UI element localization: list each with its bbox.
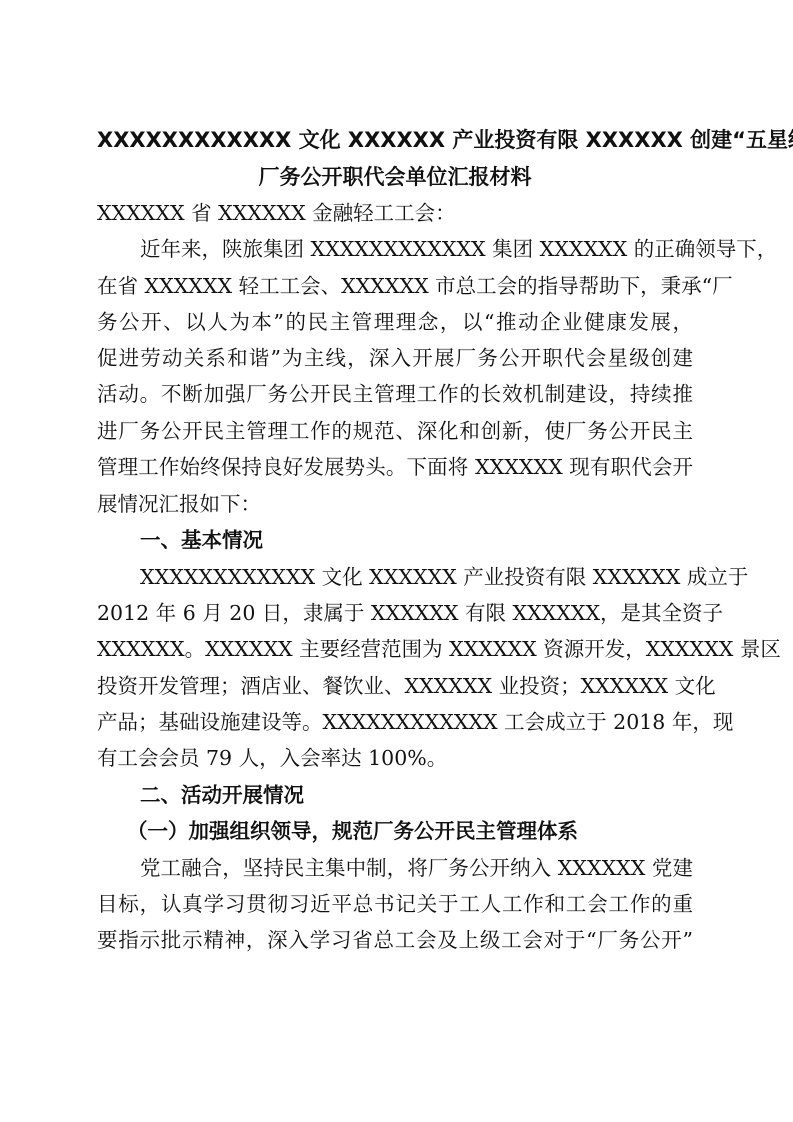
intro-line: 管理工作始终保持良好发展势头。下面将 XXXXXX 现有职代会开 [97, 449, 693, 485]
section-1-line: XXXXXX。XXXXXX 主要经营范围为 XXXXXX 资源开发，XXXXXX… [97, 631, 693, 667]
section-2-subheading-1: （一）加强组织领导，规范厂务公开民主管理体系 [127, 813, 693, 849]
section-1-heading: 一、基本情况 [140, 522, 693, 558]
section-1-line: 投资开发管理；酒店业、餐饮业、XXXXXX 业投资；XXXXXX 文化 [97, 668, 693, 704]
salutation: XXXXXX 省 XXXXXX 金融轻工工会： [97, 195, 693, 231]
section-2-sub1-line: 目标，认真学习贯彻习近平总书记关于工人工作和工会工作的重 [97, 886, 693, 922]
section-2-heading: 二、活动开展情况 [140, 777, 693, 813]
section-1-line: 产品；基础设施建设等。XXXXXXXXXXXX 工会成立于 2018 年，现 [97, 704, 693, 740]
intro-line: 务公开、以人为本”的民主管理理念，以“推动企业健康发展， [97, 304, 693, 340]
section-1-line: 有工会会员 79 人，入会率达 100%。 [97, 740, 693, 776]
document-page: XXXXXXXXXXXX 文化 XXXXXX 产业投资有限 XXXXXX 创建“… [0, 0, 793, 1122]
section-2-sub1-line: 党工融合，坚持民主集中制，将厂务公开纳入 XXXXXX 党建 [140, 850, 693, 886]
intro-line: 展情况汇报如下： [97, 486, 693, 522]
intro-line: 近年来，陕旅集团 XXXXXXXXXXXX 集团 XXXXXX 的正确领导下， [140, 231, 693, 267]
document-title-line-1: XXXXXXXXXXXX 文化 XXXXXX 产业投资有限 XXXXXX 创建“… [97, 122, 693, 158]
section-1-line: XXXXXXXXXXXX 文化 XXXXXX 产业投资有限 XXXXXX 成立于 [140, 559, 693, 595]
intro-line: 进厂务公开民主管理工作的规范、深化和创新，使厂务公开民主 [97, 413, 693, 449]
intro-line: 活动。不断加强厂务公开民主管理工作的长效机制建设，持续推 [97, 376, 693, 412]
intro-line: 促进劳动关系和谐”为主线，深入开展厂务公开职代会星级创建 [97, 340, 693, 376]
section-1-line: 2012 年 6 月 20 日，隶属于 XXXXXX 有限 XXXXXX，是其全… [97, 595, 693, 631]
document-title-line-2: 厂务公开职代会单位汇报材料 [97, 159, 693, 195]
intro-line: 在省 XXXXXX 轻工工会、XXXXXX 市总工会的指导帮助下，秉承“厂 [97, 268, 693, 304]
section-2-sub1-line: 要指示批示精神，深入学习省总工会及上级工会对于“厂务公开” [97, 922, 693, 958]
